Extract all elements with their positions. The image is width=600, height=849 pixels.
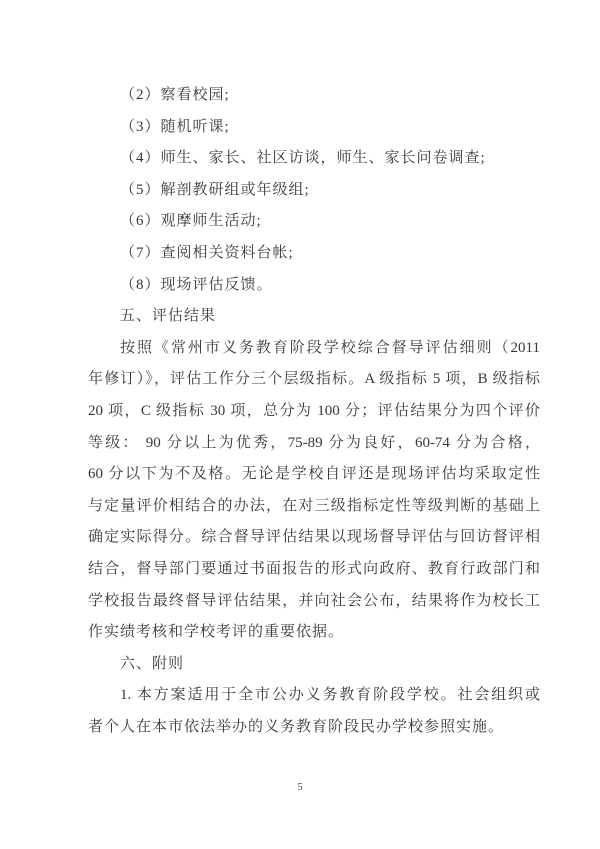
- paragraph-line: 确定实际得分。综合督导评估结果以现场督导评估与回访督评相: [88, 522, 540, 554]
- paragraph-line: 年修订）》，评估工作分三个层级指标。A 级指标 5 项，B 级指标: [88, 364, 540, 396]
- list-item-4: （4）师生、家长、社区访谈，师生、家长问卷调查;: [88, 143, 540, 175]
- paragraph-line: 等级： 90 分以上为优秀，75-89 分为良好，60-74 分为合格，: [88, 428, 540, 460]
- paragraph-line: 20 项，C 级指标 30 项，总分为 100 分；评估结果分为四个评价: [88, 396, 540, 428]
- page-number: 5: [0, 780, 600, 794]
- list-item-3: （3）随机听课;: [88, 112, 540, 144]
- paragraph-line: 与定量评价相结合的办法，在对三级指标定性等级判断的基础上: [88, 491, 540, 523]
- list-item-8: （8）现场评估反馈。: [88, 270, 540, 302]
- paragraph-line: 作实绩考核和学校考评的重要依据。: [88, 617, 540, 649]
- paragraph-line: 60 分以下为不及格。无论是学校自评还是现场评估均采取定性: [88, 459, 540, 491]
- paragraph-line: 学校报告最终督导评估结果，并向社会公布，结果将作为校长工: [88, 586, 540, 618]
- list-item-7: （7）查阅相关资料台帐;: [88, 238, 540, 270]
- list-item-6: （6）观摩师生活动;: [88, 206, 540, 238]
- paragraph-line: 1. 本方案适用于全市公办义务教育阶段学校。社会组织或: [88, 680, 540, 712]
- paragraph-line: 按照《常州市义务教育阶段学校综合督导评估细则（2011: [88, 333, 540, 365]
- list-item-2: （2）察看校园;: [88, 80, 540, 112]
- section-5-heading: 五、评估结果: [88, 301, 540, 333]
- document-body: （2）察看校园;（3）随机听课;（4）师生、家长、社区访谈，师生、家长问卷调查;…: [88, 80, 540, 743]
- list-item-5: （5）解剖教研组或年级组;: [88, 175, 540, 207]
- section-6-heading: 六、附则: [88, 649, 540, 681]
- document-page: （2）察看校园;（3）随机听课;（4）师生、家长、社区访谈，师生、家长问卷调查;…: [0, 0, 600, 849]
- paragraph-line: 结合，督导部门要通过书面报告的形式向政府、教育行政部门和: [88, 554, 540, 586]
- paragraph-line: 者个人在本市依法举办的义务教育阶段民办学校参照实施。: [88, 712, 540, 744]
